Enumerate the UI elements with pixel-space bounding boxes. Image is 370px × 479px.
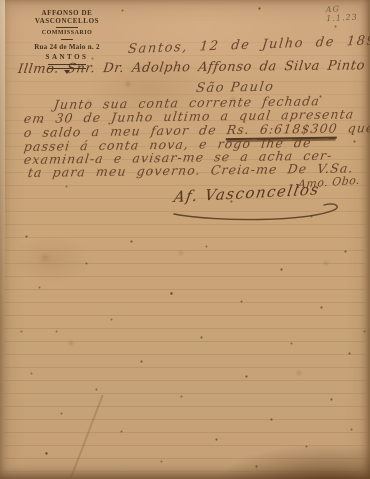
bottom-right-stain: [220, 445, 370, 479]
body-line-3-post: que: [337, 120, 370, 136]
letterhead-title: Commissario: [14, 30, 120, 37]
signature: Af. Vasconcellos: [173, 180, 322, 206]
scan-edge-highlight: [0, 0, 5, 320]
letterhead-address: Rua 24 de Maio n. 2: [14, 43, 120, 52]
letterhead-ornament: [61, 39, 73, 40]
paper-crease: [70, 395, 103, 478]
letter-scan-page: Affonso de Vasconcellos Commissario Rua …: [0, 0, 370, 479]
dateline: Santos, 12 de Julho de 1894: [127, 33, 370, 57]
archive-note-pencil: AG 1.1.23: [326, 3, 370, 23]
salutation: Illmo. Snr. Dr. Adolpho Affonso da Silva…: [17, 58, 366, 77]
foxing-spots-soft: [0, 0, 2, 2]
letterhead-name: Affonso de Vasconcellos: [14, 9, 120, 25]
letterhead-rule: [56, 27, 78, 28]
